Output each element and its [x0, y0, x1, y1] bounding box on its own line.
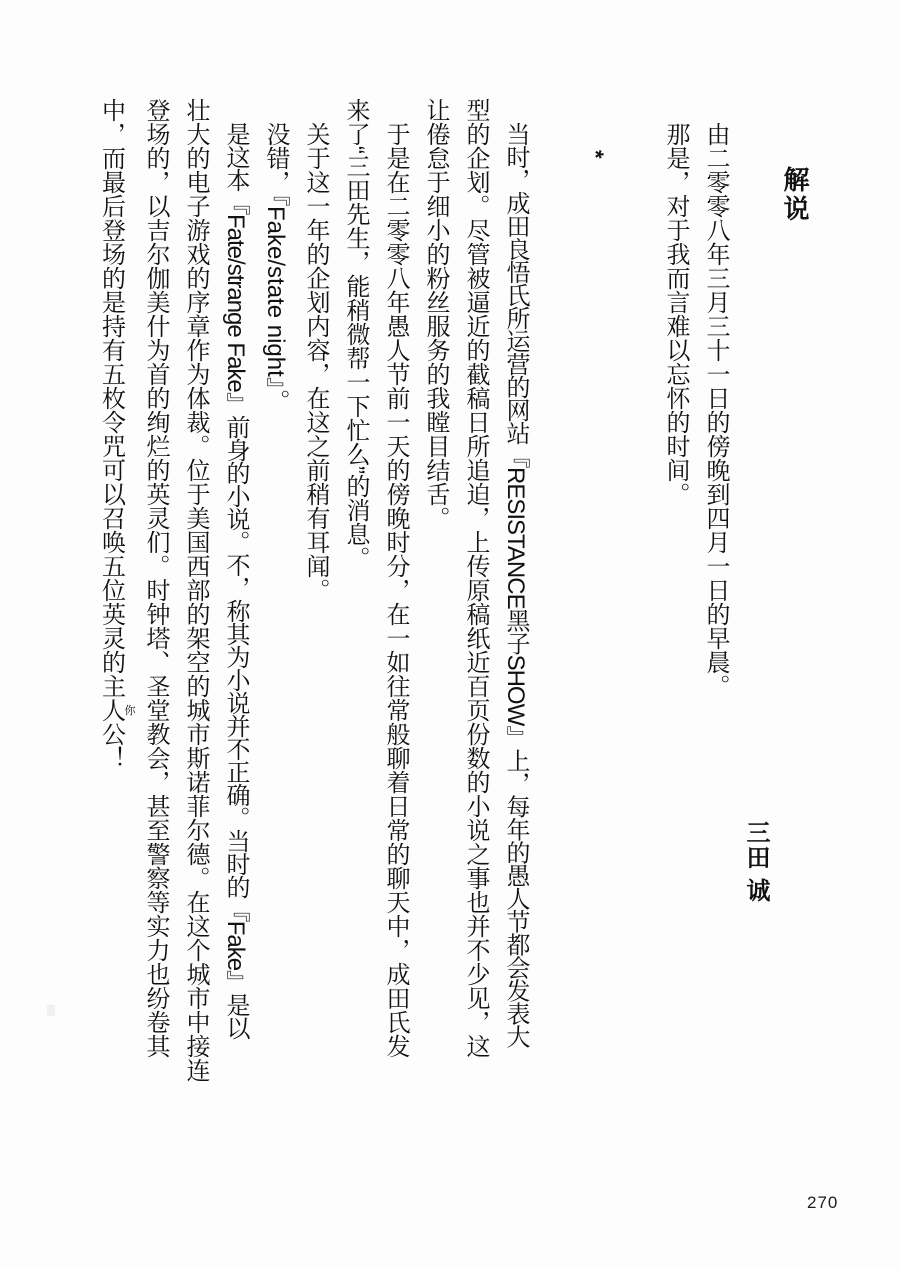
final-line-text: 中，而最后登场的是持有五枚令咒可以召唤五位英灵的	[98, 98, 125, 674]
opening-line: 那是，对于我而言难以忘怀的时间。	[655, 98, 695, 1066]
page-title: 解说	[775, 98, 815, 1066]
ruby-annotated-word: 主人公你	[98, 674, 125, 746]
final-line-punctuation: ！	[98, 746, 125, 770]
opening-line: 由二零零八年三月三十一日的傍晚到四月一日的早晨。	[695, 98, 735, 1066]
body-line: 是这本『Fate/strange Fake』前身的小说。不，称其为小说并不正确。…	[215, 98, 255, 1066]
scan-smudge	[47, 1005, 55, 1016]
body-line: 没错，『Fake/state night』。	[255, 98, 295, 1066]
page-number: 270	[807, 1193, 838, 1213]
body-line: 于是在二零零八年愚人节前一天的傍晚时分，在一如往常般聊着日常的聊天中，成田氏发	[375, 98, 415, 1066]
body-line: 型的企划。尽管被逼近的截稿日所追迫，上传原稿纸近百页份数的小说之事也并不少见，这	[455, 98, 495, 1066]
book-page: 解说 三田 诚 由二零零八年三月三十一日的傍晚到四月一日的早晨。 那是，对于我而…	[0, 0, 900, 1269]
body-line: 当时，成田良悟氏所运营的网站『RESISTANCE黑子SHOW』上，每年的愚人节…	[495, 98, 535, 1066]
body-line: 壮大的电子游戏的序章作为体裁。位于美国西部的架空的城市斯诺菲尔德。在这个城市中接…	[175, 98, 215, 1066]
body-line-final: 中，而最后登场的是持有五枚令咒可以召唤五位英灵的主人公你！	[91, 98, 136, 1066]
body-line: 登场的，以吉尔伽美什为首的绚烂的英灵们。时钟塔、圣堂教会，甚至警察等实力也纷卷其	[135, 98, 175, 1066]
section-separator-asterisk: *	[575, 98, 615, 1066]
ruby-base: 主人公	[98, 674, 125, 746]
body-line: 来了“三田先生，能稍微帮一下忙么”的消息。	[335, 98, 375, 1066]
vertical-text-area: 解说 三田 诚 由二零零八年三月三十一日的傍晚到四月一日的早晨。 那是，对于我而…	[91, 98, 816, 1066]
body-line: 关于这一年的企划内容，在这之前稍有耳闻。	[295, 98, 335, 1066]
body-line: 让倦怠于细小的粉丝服务的我瞠目结舌。	[415, 98, 455, 1066]
author-name: 三田 诚	[735, 98, 775, 1066]
ruby-text: 你	[123, 674, 135, 746]
